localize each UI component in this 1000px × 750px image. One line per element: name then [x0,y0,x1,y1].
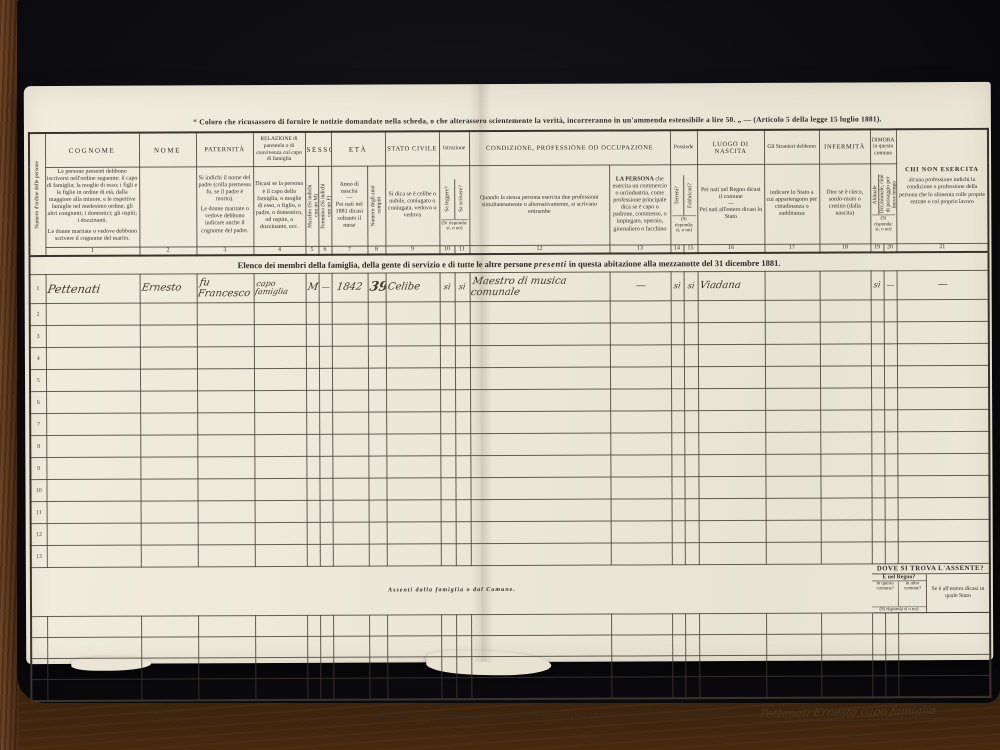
empty-cell [699,677,766,699]
empty-cell [820,366,871,388]
empty-cell [898,613,990,634]
empty-cell [471,499,611,522]
empty-cell [872,655,885,676]
empty-cell [441,544,456,566]
empty-cell [470,367,610,390]
empty-cell [699,477,766,499]
head-of-family-signature: Pettenati Ernesto capo famiglia [752,704,957,722]
colnum-21: 21 [897,243,989,252]
empty-cell [198,501,255,523]
col-istruzione-header: Istruzione [439,132,469,166]
empty-cell [455,368,470,390]
empty-row [31,676,990,702]
empty-cell [320,636,333,657]
legal-notice: “ Coloro che ricusassero di fornire le n… [118,114,957,127]
empty-cell [671,389,684,411]
empty-cell [47,679,141,701]
empty-cell [699,521,766,543]
colnum-2: 2 [139,247,196,256]
empty-cell [307,544,320,566]
empty-cell [46,303,140,325]
empty-cell [872,542,885,564]
col-infermita-desc: Dire se è cieco, sordo-muto o cretino (d… [819,164,870,244]
cognome-cell: Pettenati [46,274,140,303]
empty-cell [440,302,455,324]
empty-cell [765,454,820,476]
empty-cell [471,635,611,657]
empty-cell [685,635,699,656]
fabbricati-label: Fabbricati? [683,175,696,215]
empty-cell [332,478,368,500]
empty-cell [765,366,820,388]
sa-scrivere-label: Sa scrivere? [454,179,468,219]
row-number-cell: 9 [30,458,46,480]
empty-cell [698,389,765,411]
empty-cell [440,456,455,478]
row-number-cell: 2 [30,304,46,326]
empty-cell [455,478,470,500]
row-number-cell: 5 [30,370,46,392]
empty-cell [471,543,611,566]
empty-cell [368,434,386,456]
absent-box-title: DOVE SI TROVA L'ASSENTE? [872,564,989,575]
col-anno-desc: Anno di nascita—Pei nati nel 1881 dicasi… [331,166,367,246]
empty-cell [611,677,672,699]
row-number-cell: 11 [31,502,47,524]
empty-cell [871,366,884,388]
empty-cell [141,545,198,567]
empty-cell [871,344,884,366]
empty-cell [610,367,671,389]
empty-cell [333,615,369,636]
empty-cell [140,457,197,479]
empty-cell [684,411,698,433]
empty-cell [440,478,455,500]
empty-cell [456,522,471,544]
empty-cell [319,434,332,456]
empty-cell [386,456,440,478]
colnum-13: 13 [609,244,670,253]
col-anni-label: Numero degli anni compiti [367,166,385,246]
empty-cell [699,656,766,677]
empty-cell [885,613,898,634]
empty-cell [821,634,872,655]
declaration-text: Dichiaro che le suddette informazioni so… [368,709,743,720]
empty-cell [685,521,699,543]
empty-cell [820,410,871,432]
empty-cell [872,634,885,655]
empty-cell [254,457,306,479]
empty-cell [46,457,140,479]
empty-cell [369,657,387,678]
empty-cell [254,369,306,391]
row-number-cell [31,659,47,680]
empty-cell [141,501,198,523]
empty-cell [319,478,332,500]
empty-cell [46,369,140,391]
census-form-sheet: “ Coloro che ricusassero di fornire le n… [24,82,994,664]
empty-cell [698,433,765,455]
empty-cell [872,476,885,498]
empty-cell [307,636,320,657]
empty-cell [610,345,671,367]
row-number-cell: 4 [30,348,46,370]
absent-section [31,613,990,702]
row-number-cell: 6 [30,392,46,414]
col-infermita-header: INFERMITÀ [819,130,870,164]
empty-cell [470,301,610,324]
professione-cell: Maestro di musica comunale [470,272,610,302]
empty-cell [820,322,871,344]
empty-cell [441,615,456,636]
col-stranieri-header: Gli Stranieri debbono [764,130,819,164]
colnum-3: 3 [196,246,253,255]
empty-cell [255,679,307,701]
empty-cell [441,678,456,700]
empty-cell [897,388,989,410]
empty-cell [368,390,386,412]
empty-cell [672,614,685,635]
colnum-14: 14 [670,244,683,253]
empty-cell [872,676,885,698]
empty-cell [368,302,386,324]
empty-cell [440,368,455,390]
empty-cell [197,325,254,347]
empty-cell [684,455,698,477]
fabbricati-cell: sì [684,272,698,301]
empty-cell [440,412,455,434]
col-paternita-desc: Si indichi il nome del padre (colla prem… [196,166,253,246]
empty-cell [685,477,699,499]
terreni-label: Terreni? [672,175,684,215]
empty-cell [319,324,332,346]
empty-cell [141,679,198,701]
empty-cell [387,522,441,544]
sa-scrivere-cell: sì [455,273,470,302]
colnum-1: 1 [45,247,139,256]
empty-cell [766,520,821,542]
empty-cell [884,322,897,344]
empty-cell [897,300,989,322]
la-persona-cell: — [610,272,671,301]
empty-cell [198,616,255,637]
empty-cell [456,544,471,566]
empty-cell [440,346,455,368]
empty-cell [255,523,307,545]
empty-cell [610,455,671,477]
empty-cell [885,498,898,520]
absent-section-title: Assenti dalla famiglia o dal Comune. [31,564,872,617]
empty-cell [884,410,897,432]
empty-cell [699,543,766,565]
occasionale-cell: — [884,271,897,300]
absent-estero-label: Se è all'estero dicasi in quale Stato [927,574,989,612]
empty-cell [672,521,685,543]
empty-cell [441,636,456,657]
empty-cell [332,368,368,390]
empty-cell [610,301,671,323]
empty-cell [319,346,332,368]
empty-cell [699,635,766,656]
empty-cell [333,522,369,544]
col-condizione-header: CONDIZIONE, PROFESSIONE OD OCCUPAZIONE [469,131,670,166]
dimora-note: (Si risponda: sì, o no) [872,214,895,233]
empty-cell [369,500,387,522]
empty-cell [884,344,897,366]
maschi-cell: M [306,273,319,302]
empty-cell [306,302,319,324]
empty-cell [672,499,685,521]
empty-cell [141,637,198,658]
empty-cell [685,677,699,699]
empty-cell [198,679,255,701]
empty-cell [141,658,198,679]
row-number-cell: 7 [30,414,46,436]
empty-cell [46,435,140,457]
empty-cell [333,657,369,678]
femmine-cell: — [319,273,332,302]
occasionale-label: Occasionale, cioè di passaggio per breve… [878,174,897,214]
empty-cell [684,389,698,411]
empty-cell [671,301,684,323]
absent-header-section: Assenti dalla famiglia o dal Comune. DOV… [31,564,990,617]
empty-cell [455,302,470,324]
empty-cell [140,303,197,325]
empty-cell [898,634,990,655]
empty-cell [872,520,885,542]
empty-cell [765,344,820,366]
row-number-cell [31,617,47,638]
colnum-20: 20 [884,243,897,252]
empty-cell [471,677,611,699]
empty-cell [255,658,307,679]
empty-cell [820,388,871,410]
empty-cell [455,434,470,456]
empty-cell [766,634,821,655]
empty-cell [306,346,319,368]
empty-cell [610,411,671,433]
col-statocivile-desc: Si dica se è celibe o nubile, coniugato … [385,166,439,246]
absent-head-row: Assenti dalla famiglia o dal Comune. DOV… [31,564,990,617]
empty-cell [140,325,197,347]
empty-cell [255,545,307,567]
empty-cell [871,454,884,476]
row-number-cell: 13 [31,546,47,568]
empty-cell [46,479,140,501]
empty-cell [332,324,368,346]
empty-cell [699,614,766,635]
absent-location-box: DOVE SI TROVA L'ASSENTE? È nel Regno? in… [872,564,990,614]
empty-cell [611,521,672,543]
empty-cell [255,637,307,658]
empty-cell [386,346,440,368]
empty-cell [386,302,440,324]
empty-cell [455,346,470,368]
empty-cell [471,614,611,636]
empty-cell [47,501,141,523]
empty-cell [671,411,684,433]
empty-cell [386,434,440,456]
empty-cell [320,500,333,522]
col-paternita-header: PATERNITÀ [196,132,253,166]
absent-note: (Si risponda sì o no) [872,606,926,612]
empty-cell [456,636,471,657]
empty-cell [386,412,440,434]
empty-cell [611,614,672,635]
empty-cell [685,656,699,677]
empty-cell [140,435,197,457]
empty-cell [441,522,456,544]
row-number-cell: 1 [30,275,46,304]
empty-cell [698,455,765,477]
empty-cell [319,456,332,478]
empty-cell [254,325,306,347]
empty-cell [368,412,386,434]
col-femmine-label: Femmina (Si indichi con un F) [318,166,331,246]
empty-cell [671,455,684,477]
empty-cell [699,499,766,521]
empty-cell [440,434,455,456]
chinon-desc: alcuna professione indichi la condizione… [898,176,987,207]
chinon-title: CHI NON ESERCITA [898,166,987,175]
empty-cell [140,479,197,501]
colnum-5: 5 [305,246,318,255]
empty-cell [320,615,333,636]
empty-cell [369,636,387,657]
empty-cell [898,498,990,520]
empty-cell [320,657,333,678]
anno-nascita-cell: 1842 [332,273,368,302]
empty-cell [369,544,387,566]
empty-cell [471,521,611,544]
empty-cell [440,390,455,412]
empty-cell [387,544,441,566]
empty-cell [440,324,455,346]
stranieri-cell [765,271,820,300]
empty-cell [871,410,884,432]
col-cognome-desc: Le persone presenti debbono iscriversi n… [45,167,139,247]
empty-cell [368,324,386,346]
empty-cell [897,322,989,344]
empty-cell [698,367,765,389]
empty-cell [872,498,885,520]
col-sesso-header: SESSO [305,132,331,166]
col-dimora-header: DIMORA in questo comune [870,130,896,164]
empty-cell [766,542,821,564]
row-number-cell [31,638,47,659]
empty-cell [306,434,319,456]
empty-cell [821,676,872,698]
empty-cell [307,500,320,522]
empty-cell [368,346,386,368]
empty-cell [306,390,319,412]
empty-cell [386,390,440,412]
empty-cell [684,345,698,367]
empty-cell [47,658,141,679]
colnum-9: 9 [385,245,439,254]
empty-cell [821,655,872,676]
empty-cell [319,412,332,434]
absent-sub-altro: in altro comune? [898,581,926,606]
empty-cell [197,369,254,391]
empty-cell [672,543,685,565]
col-numero-header: Numero d'ordine delle persone [29,133,46,256]
empty-cell [672,656,685,677]
empty-cell [821,476,872,498]
luogo-nascita-cell: Viadana [698,272,765,301]
empty-cell [197,347,254,369]
empty-cell [821,613,872,634]
empty-cell [884,300,897,322]
empty-cell [885,634,898,655]
colnum-8: 8 [367,246,385,255]
empty-cell [766,655,821,676]
empty-cell [685,543,699,565]
colnum-19: 19 [871,244,884,253]
empty-cell [885,676,898,698]
empty-cell [685,499,699,521]
empty-cell [698,411,765,433]
empty-cell [766,476,821,498]
empty-cell [871,432,884,454]
empty-cell [387,615,441,636]
empty-cell [684,323,698,345]
empty-cell [387,678,441,700]
empty-cell [671,323,684,345]
empty-cell [884,366,897,388]
empty-cell [255,616,307,637]
empty-cell [610,477,671,499]
infermita-cell [820,271,871,300]
empty-cell [46,325,140,347]
colnum-16: 16 [698,244,765,253]
istruzione-note: (Si risponda: sì, o no) [441,219,468,232]
col-luogo-desc: Pei nati nel Regno dicasi il comune—Pei … [697,164,764,244]
empty-cell [611,656,672,677]
empty-cell [684,301,698,323]
row-number-cell: 3 [30,326,46,348]
empty-cell [884,388,897,410]
empty-cell [821,542,872,564]
empty-cell [456,615,471,636]
empty-cell [333,544,369,566]
empty-cell [319,368,332,390]
empty-cell [698,301,765,323]
empty-cell [898,476,990,498]
empty-cell [766,676,821,698]
empty-cell [456,678,471,700]
empty-cell [387,636,441,657]
empty-cell [46,391,140,413]
empty-cell [820,344,871,366]
col-chinon-header: CHI NON ESERCITA alcuna professione indi… [896,129,988,243]
empty-cell [610,323,671,345]
empty-cell [470,323,610,346]
empty-cell [610,389,671,411]
empty-cell [307,615,320,636]
empty-cell [320,522,333,544]
empty-cell [254,413,306,435]
empty-cell [897,366,989,388]
empty-cell [254,479,306,501]
empty-cell [307,657,320,678]
empty-cell [47,637,141,658]
empty-cell [611,499,672,521]
col-possiede-header: Possiede [670,131,697,165]
empty-cell [386,324,440,346]
empty-cell [197,457,254,479]
empty-cell [885,520,898,542]
